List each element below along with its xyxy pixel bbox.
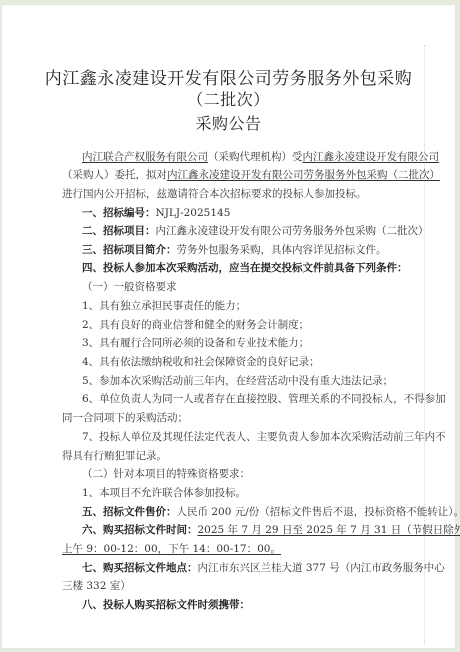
agency-role: （采购代理机构）受 bbox=[208, 151, 303, 163]
general-requirements-title: （一）一般资格要求 bbox=[82, 280, 177, 294]
general-item: 1、具有独立承担民事责任的能力； bbox=[82, 299, 246, 313]
general-item: 3、具有履行合同所必须的设备和专业技术能力； bbox=[82, 336, 309, 350]
section-7: 七、购买招标文件地点：内江市东兴区兰桂大道 377 号（内江市政务服务中心 bbox=[82, 561, 445, 575]
section-6-label: 六、购买招标文件时间： bbox=[82, 524, 198, 536]
project-summary: 劳务外包服务采购，具体内容详见招标文件。 bbox=[177, 244, 387, 256]
agency-name: 内江联合产权服务有限公司 bbox=[82, 151, 208, 163]
purchase-hours: 上午 9：00-12：00，下午 14：00-17：00。 bbox=[62, 542, 281, 556]
section-3: 三、招标项目简介：劳务外包服务采购，具体内容详见招标文件。 bbox=[82, 243, 387, 257]
intro-line-1: 内江联合产权服务有限公司（采购代理机构）受内江鑫永凌建设开发有限公司 bbox=[82, 150, 439, 164]
intro-line-2: （采购人）委托，拟对内江鑫永凌建设开发有限公司劳务服务外包采购（二批次） bbox=[62, 168, 440, 182]
document-page: 内江鑫永凌建设开发有限公司劳务服务外包采购 （二批次） 采购公告 内江联合产权服… bbox=[2, 5, 455, 648]
document-title: 内江鑫永凌建设开发有限公司劳务服务外包采购 bbox=[2, 64, 455, 89]
intro-prefix: （采购人）委托，拟对 bbox=[62, 169, 167, 181]
section-3-label: 三、招标项目简介： bbox=[82, 244, 177, 256]
section-7-label: 七、购买招标文件地点： bbox=[82, 562, 198, 574]
scan-artifact-dots bbox=[424, 45, 426, 645]
intro-line-3: 进行国内公开招标，兹邀请符合本次招标要求的投标人参加投标。 bbox=[62, 187, 367, 201]
purchase-address-cont: 三楼 332 室） bbox=[62, 579, 131, 593]
section-4: 四、投标人参加本次采购活动，应当在提交投标文件前具备下列条件： bbox=[82, 261, 408, 275]
section-1: 一、招标编号：NJLJ-2025145 bbox=[82, 206, 230, 220]
section-6: 六、购买招标文件时间：2025 年 7 月 29 日至 2025 年 7 月 3… bbox=[82, 523, 460, 537]
section-5: 五、招标文件售价：人民币 200 元/份（招标文件售后不退，投标资格不能转让）。 bbox=[82, 505, 460, 519]
purchaser-name: 内江鑫永凌建设开发有限公司 bbox=[303, 151, 440, 163]
document-title-batch: （二批次） bbox=[2, 87, 455, 110]
purchase-dates: 2025 年 7 月 29 日至 2025 年 7 月 31 日（节假日除外）， bbox=[198, 524, 460, 536]
section-2: 二、招标项目：内江鑫永凌建设开发有限公司劳务服务外包采购（二批次） bbox=[82, 224, 429, 238]
section-2-label: 二、招标项目： bbox=[82, 225, 156, 237]
general-item: 7、投标人单位及其现任法定代表人、主要负责人参加本次采购活动前三年内不 bbox=[82, 430, 446, 444]
general-item-cont: 得具有行贿犯罪记录。 bbox=[62, 449, 167, 463]
general-item: 4、具有依法缴纳税收和社会保障资金的良好记录； bbox=[82, 355, 320, 369]
document-price: 人民币 200 元/份（招标文件售后不退，投标资格不能转让）。 bbox=[177, 506, 460, 518]
section-8: 八、投标人购买招标文件时须携带： bbox=[82, 598, 250, 612]
document-subtitle: 采购公告 bbox=[2, 111, 455, 134]
special-item: 1、本项目不允许联合体参加投标。 bbox=[82, 486, 246, 500]
general-item-cont: 同一合同项下的采购活动； bbox=[62, 411, 188, 425]
bid-project: 内江鑫永凌建设开发有限公司劳务服务外包采购（二批次） bbox=[156, 225, 429, 237]
section-1-label: 一、招标编号： bbox=[82, 207, 156, 219]
section-5-label: 五、招标文件售价： bbox=[82, 506, 177, 518]
general-item: 2、具有良好的商业信誉和健全的财务会计制度； bbox=[82, 318, 309, 332]
project-name: 内江鑫永凌建设开发有限公司劳务服务外包采购（二批次） bbox=[167, 169, 440, 181]
purchase-address: 内江市东兴区兰桂大道 377 号（内江市政务服务中心 bbox=[198, 562, 445, 574]
special-requirements-title: （二）针对本项目的特殊资格要求： bbox=[82, 467, 250, 481]
general-item: 6、单位负责人为同一人或者存在直接控股、管理关系的不同投标人，不得参加 bbox=[82, 392, 446, 406]
bid-number: NJLJ-2025145 bbox=[156, 207, 231, 219]
general-item: 5、参加本次采购活动前三年内，在经营活动中没有重大违法记录； bbox=[82, 374, 393, 388]
